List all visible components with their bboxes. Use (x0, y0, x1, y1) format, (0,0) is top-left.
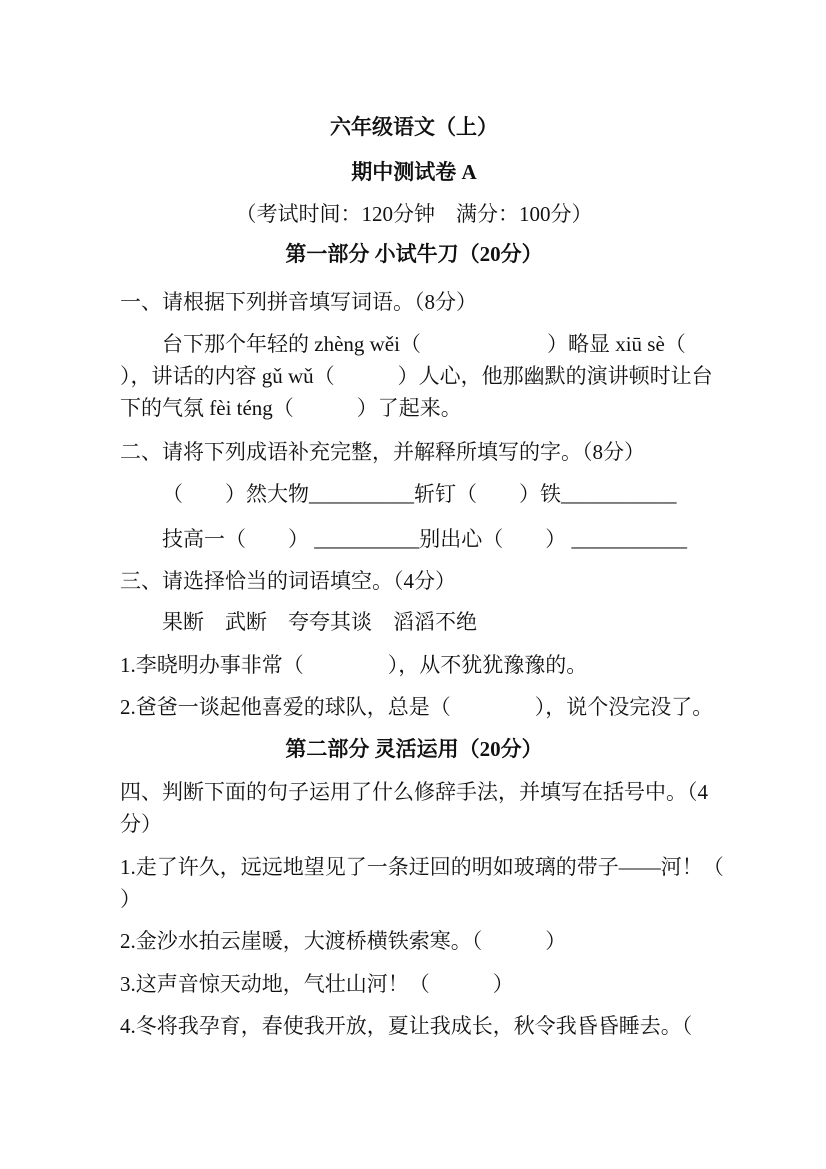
paper-subtitle: 期中测试卷 A (120, 156, 708, 188)
question3-prompt: 三、请选择恰当的词语填空。（4分） (120, 565, 708, 597)
question4-item: 1.走了许久，远远地望见了一条迂回的明如玻璃的带子——河！（ ） (120, 851, 708, 915)
question4-item: 3.这声音惊天动地，气壮山河！（ ） (120, 968, 708, 1000)
question4-item: 2.金沙水拍云崖暖，大渡桥横铁索寒。（ ） (120, 925, 708, 957)
question1-prompt: 一、请根据下列拼音填写词语。（8分） (120, 286, 708, 318)
question1-passage: 台下那个年轻的 zhèng wěi（ ）略显 xiū sè（ ），讲话的内容 g… (120, 328, 708, 424)
question3-item: 1.李晓明办事非常（ ），从不犹犹豫豫的。 (120, 649, 708, 681)
question1-passage-line: 下的气氛 fèi téng（ ）了起来。 (120, 392, 708, 424)
question3-word-bank: 果断 武断 夸夸其谈 滔滔不绝 (120, 606, 708, 638)
exam-info: （考试时间：120分钟 满分：100分） (120, 198, 708, 230)
part1-heading: 第一部分 小试牛刀（20分） (120, 238, 708, 270)
question2-idiom-row: （ ）然大物__________斩钉（ ）铁___________ (120, 478, 708, 510)
exam-paper-page: 六年级语文（上） 期中测试卷 A （考试时间：120分钟 满分：100分） 第一… (0, 0, 826, 1169)
question4-item: 4.冬将我孕育，春使我开放，夏让我成长，秋令我昏昏睡去。（ (120, 1010, 708, 1042)
question4-item-line: ） (120, 883, 708, 915)
question3-item: 2.爸爸一谈起他喜爱的球队，总是（ ），说个没完没了。 (120, 691, 708, 723)
question1-passage-line: 台下那个年轻的 zhèng wěi（ ）略显 xiū sè（ (120, 328, 708, 360)
question4-prompt-line: 四、判断下面的句子运用了什么修辞手法，并填写在括号中。（4 (120, 776, 708, 808)
question4-prompt: 四、判断下面的句子运用了什么修辞手法，并填写在括号中。（4 分） (120, 776, 708, 840)
question4-prompt-line: 分） (120, 808, 708, 840)
question2-idiom-row: 技高一（ ） __________别出心（ ） ___________ (120, 523, 708, 555)
part2-heading: 第二部分 灵活运用（20分） (120, 733, 708, 765)
question2-prompt: 二、请将下列成语补充完整，并解释所填写的字。（8分） (120, 436, 708, 468)
paper-title: 六年级语文（上） (120, 111, 708, 143)
question1-passage-line: ），讲话的内容 gǔ wǔ（ ）人心，他那幽默的演讲顿时让台 (120, 360, 708, 392)
question4-item-line: 1.走了许久，远远地望见了一条迂回的明如玻璃的带子——河！（ (120, 851, 708, 883)
